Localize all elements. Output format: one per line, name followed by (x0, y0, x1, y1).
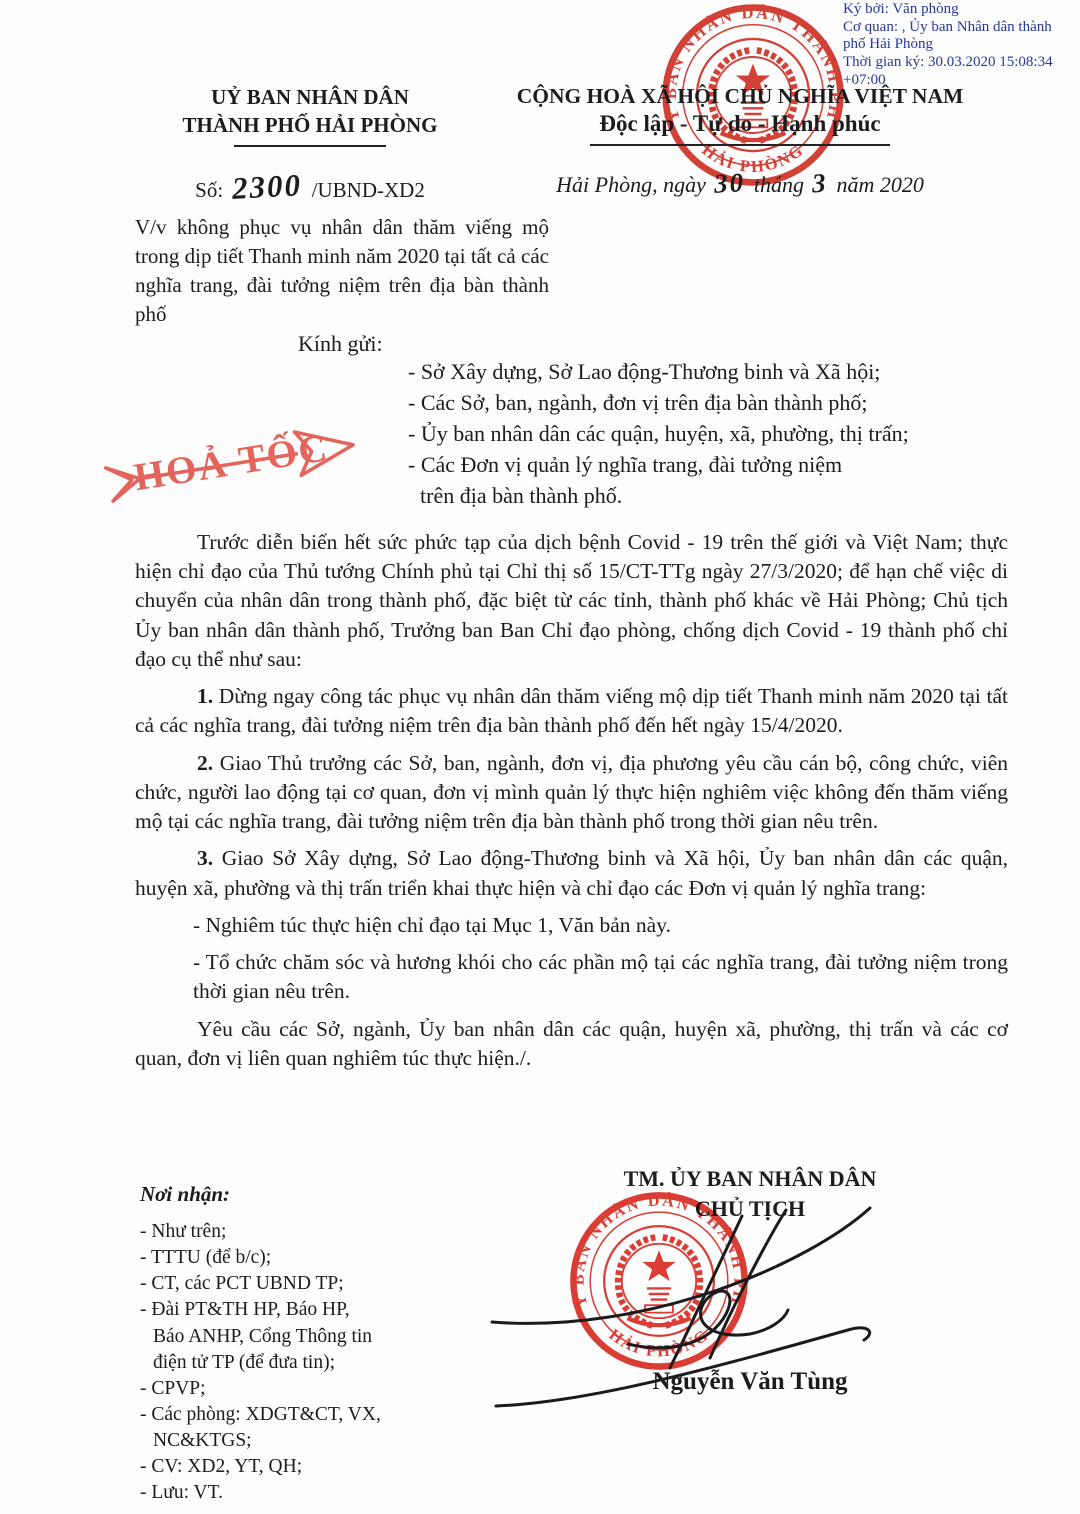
distribution-item: - Đài PT&TH HP, Báo HP, (140, 1297, 470, 1323)
digital-signature-info: Ký bởi: Văn phòng Cơ quan: , Ủy ban Nhân… (843, 1, 1079, 89)
date-day-handwritten: 30 (711, 167, 750, 200)
distribution-block: Nơi nhận: - Như trên; - TTTU (để b/c); -… (140, 1182, 470, 1506)
national-line1: CỘNG HOÀ XÃ HỘI CHỦ NGHĨA VIỆT NAM (478, 84, 1002, 109)
recipient-item: - Sở Xây dựng, Sở Lao động-Thương binh v… (408, 356, 1008, 387)
number-prefix: Số: (195, 178, 223, 202)
issuing-org-line2: THÀNH PHỐ HẢI PHÒNG (150, 113, 470, 138)
item2-text: Giao Thủ trưởng các Sở, ban, ngành, đơn … (135, 751, 1008, 833)
place-date-line: Hải Phòng, ngày 30 tháng 3 năm 2020 (478, 168, 1002, 199)
item1-text: Dừng ngay công tác phục vụ nhân dân thăm… (135, 684, 1008, 737)
number-suffix: /UBND-XD2 (312, 178, 425, 202)
distribution-item: - CT, các PCT UBND TP; (140, 1271, 470, 1297)
official-document-page: UỶ BAN NHÂN DÂN THÀNH PHỐ ★ HẢI PHÒNG ★ … (0, 0, 1080, 1514)
paragraph-closing: Yêu cầu các Sở, ngành, Ủy ban nhân dân c… (135, 1015, 1008, 1073)
date-month-handwritten: 3 (809, 167, 832, 199)
distribution-item-continuation: điện tử TP (để đưa tin); (140, 1350, 470, 1376)
bullet-1: - Nghiêm túc thực hiện chỉ đạo tại Mục 1… (193, 911, 1008, 940)
signer-name: Nguyễn Văn Tùng (560, 1368, 940, 1396)
distribution-item: - Lưu: VT. (140, 1480, 470, 1506)
distribution-item: - Các phòng: XDGT&CT, VX, (140, 1402, 470, 1428)
date-post: năm 2020 (836, 172, 923, 197)
date-mid: tháng (754, 172, 804, 197)
recipient-item: - Các Sở, ban, ngành, đơn vị trên địa bà… (408, 387, 1008, 418)
urgent-stamp-label: HOẢ TỐC (131, 423, 332, 499)
paragraph-intro: Trước diễn biến hết sức phức tạp của dịc… (135, 528, 1008, 674)
item2-number: 2. (197, 751, 213, 775)
distribution-item: - Như trên; (140, 1219, 470, 1245)
urgent-stamp: HOẢ TỐC (98, 402, 366, 514)
paragraph-item2: 2. Giao Thủ trưởng các Sở, ban, ngành, đ… (135, 749, 1008, 837)
distribution-item: - CV: XD2, YT, QH; (140, 1454, 470, 1480)
distribution-item: - CPVP; (140, 1376, 470, 1402)
date-pre: Hải Phòng, ngày (556, 172, 706, 197)
document-number: Số: 2300 /UBND-XD2 (150, 169, 470, 205)
distribution-item-continuation: NC&KTGS; (140, 1428, 470, 1454)
distribution-item-continuation: Báo ANHP, Cổng Thông tin (140, 1324, 470, 1350)
bullet-2: - Tổ chức chăm sóc và hương khói cho các… (193, 948, 1008, 1006)
recipient-item: - Các Đơn vị quản lý nghĩa trang, đài tư… (408, 449, 1008, 480)
item3-text: Giao Sở Xây dựng, Sở Lao động-Thương bin… (135, 846, 1008, 899)
motto-underline (590, 144, 890, 146)
national-line2: Độc lập - Tự do - Hạnh phúc (478, 111, 1002, 137)
national-motto-block: CỘNG HOÀ XÃ HỘI CHỦ NGHĨA VIỆT NAM Độc l… (478, 84, 1002, 199)
salutation: Kính gửi: (298, 331, 383, 357)
issuing-org-line1: UỶ BAN NHÂN DÂN (150, 85, 470, 110)
document-body: Trước diễn biến hết sức phức tạp của dịc… (135, 528, 1008, 1081)
document-subject: V/v không phục vụ nhân dân thăm viếng mộ… (135, 213, 549, 329)
recipient-item-continuation: trên địa bàn thành phố. (408, 480, 1008, 511)
recipient-item: - Ủy ban nhân dân các quận, huyện, xã, p… (408, 418, 1008, 449)
distribution-item: - TTTU (để b/c); (140, 1245, 470, 1271)
paragraph-item3: 3. Giao Sở Xây dựng, Sở Lao động-Thương … (135, 844, 1008, 902)
number-handwritten: 2300 (228, 167, 308, 207)
recipient-list: - Sở Xây dựng, Sở Lao động-Thương binh v… (408, 356, 1008, 511)
distribution-title: Nơi nhận: (140, 1182, 470, 1207)
item1-number: 1. (197, 684, 213, 708)
item3-number: 3. (197, 846, 213, 870)
paragraph-item1: 1. Dừng ngay công tác phục vụ nhân dân t… (135, 682, 1008, 740)
issuing-org-block: UỶ BAN NHÂN DÂN THÀNH PHỐ HẢI PHÒNG Số: … (150, 85, 470, 205)
org-underline (234, 145, 386, 147)
